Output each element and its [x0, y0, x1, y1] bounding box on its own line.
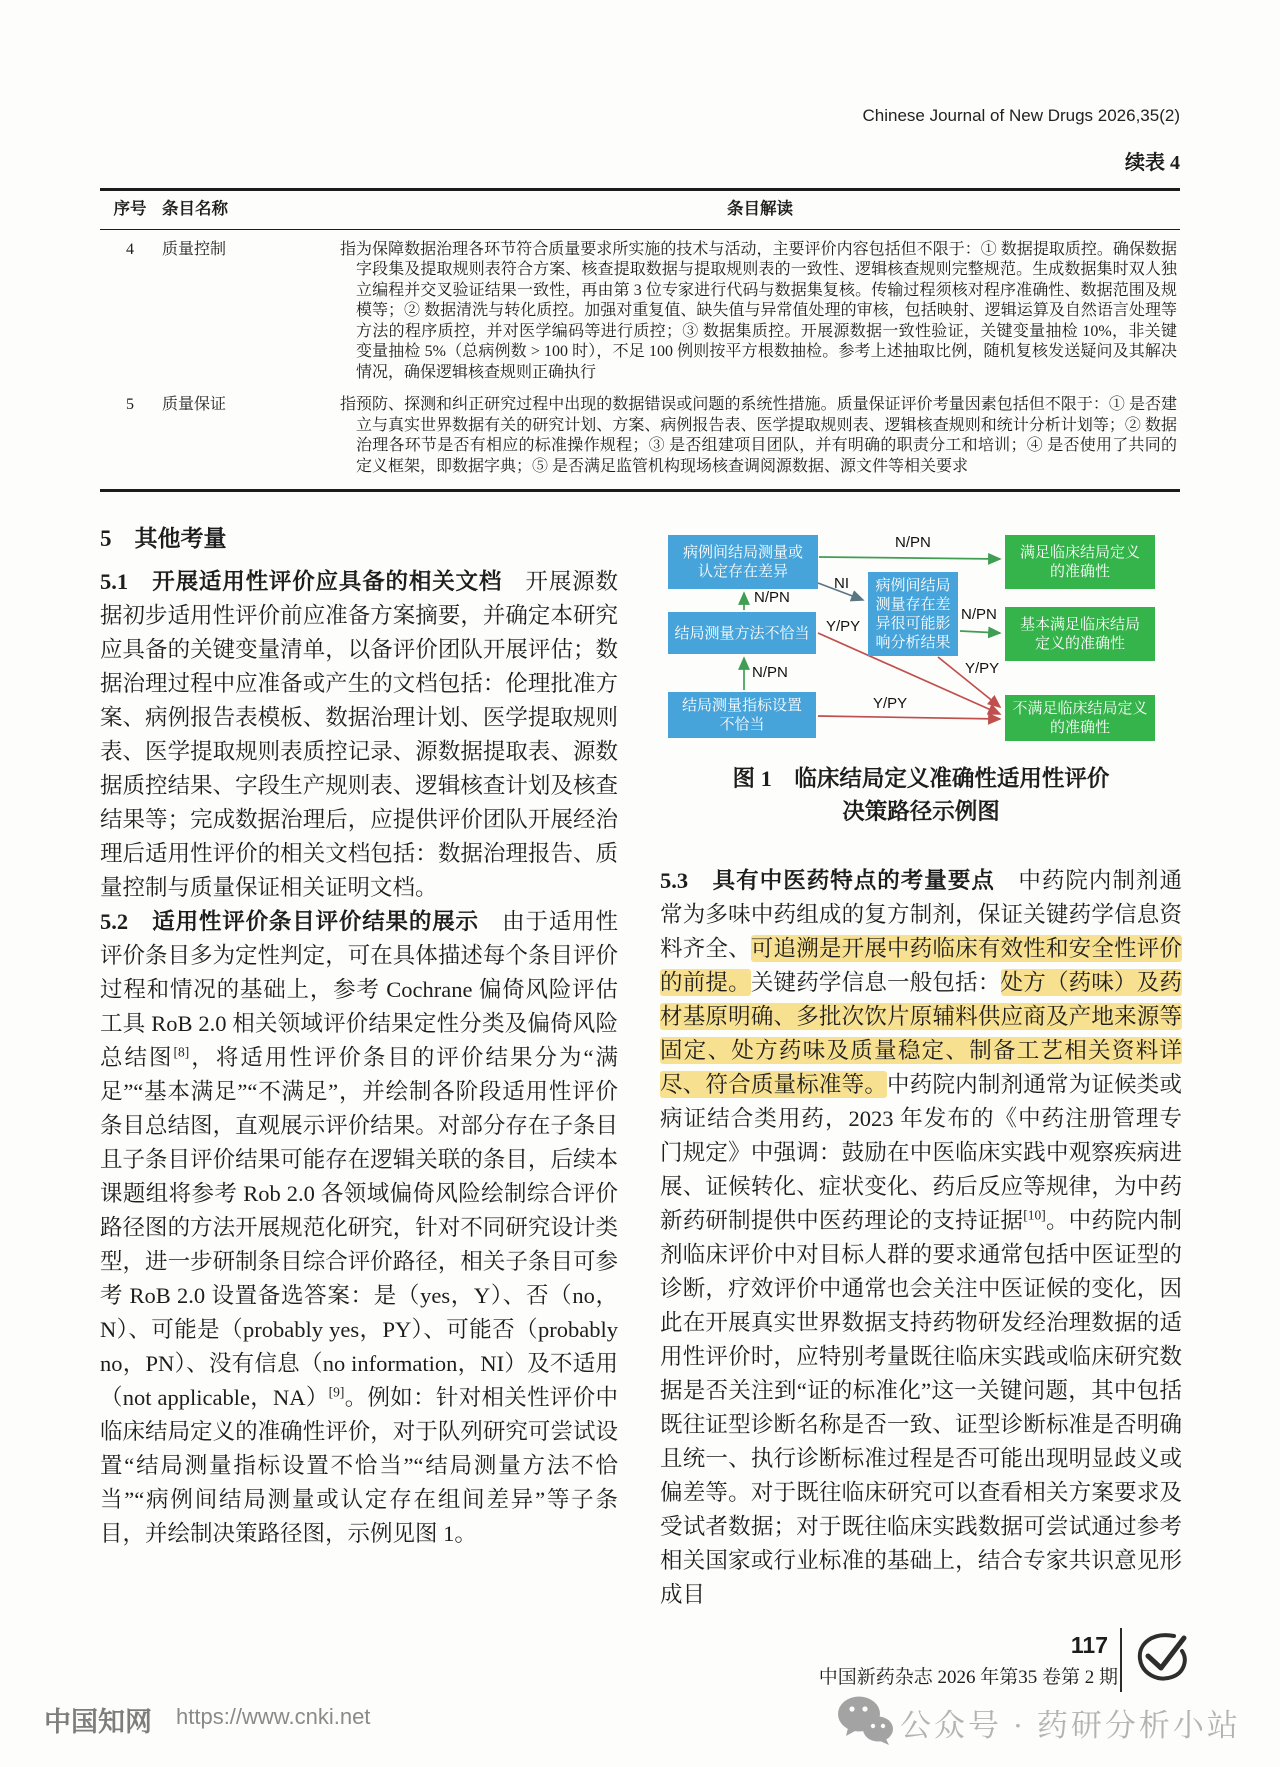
- edge-label-ypy: Y/PY: [965, 660, 999, 677]
- edge-label-npn: N/PN: [895, 534, 931, 551]
- figure-1-caption-line1: 图 1 临床结局定义准确性适用性评价: [660, 762, 1182, 795]
- table-continued-label: 续表 4: [1125, 146, 1180, 175]
- journal-footer-chinese: 中国新药杂志 2026 年第35 卷第 2 期: [819, 1662, 1118, 1689]
- col-header-no: 序号: [100, 199, 160, 220]
- flowchart-node-meets-accuracy: 满足临床结局定义 的准确性: [1005, 535, 1155, 589]
- section-5-1-paragraph: 5.1 开展适用性评价应具备的相关文档 开展源数据初步适用性评价前应准备方案摘要…: [100, 565, 618, 905]
- flowchart-node-does-not-meet-accuracy: 不满足临床结局定义 的准确性: [1005, 695, 1155, 741]
- right-text-column: 病例间结局测量或 认定存在差异 结局测量方法不恰当 结局测量指标设置 不恰当 病…: [660, 530, 1182, 1612]
- edge-label-ypy: Y/PY: [826, 618, 860, 635]
- section-5-3-paragraph: 5.3 具有中医药特点的考量要点 中药院内制剂通常为多味中药组成的复方制剂，保证…: [660, 864, 1182, 1612]
- journal-header-english: Chinese Journal of New Drugs 2026,35(2): [862, 106, 1180, 126]
- col-header-item-name: 条目名称: [160, 199, 340, 220]
- appraisal-items-table: 序号 条目名称 条目解读 4 质量控制 指为保障数据治理各环节符合质量要求所实施…: [100, 188, 1180, 492]
- table-row: 5 质量保证 指预防、探测和纠正研究过程中出现的数据错误或问题的系统性措施。质量…: [100, 395, 1180, 489]
- row-item-desc: 指为保障数据治理各环节符合质量要求所实施的技术与活动，主要评价内容包括但不限于：…: [340, 240, 1180, 384]
- cnki-watermark-url: https://www.cnki.net: [176, 1704, 370, 1730]
- edge-label-npn: N/PN: [961, 606, 997, 623]
- flowchart-node-basically-meets-accuracy: 基本满足临床结局 定义的准确性: [1005, 607, 1155, 661]
- edge-label-npn: N/PN: [752, 664, 788, 681]
- wechat-icon: [836, 1694, 894, 1751]
- section-5-heading: 5 其他考量: [100, 520, 618, 553]
- edge-label-ni: NI: [834, 575, 849, 592]
- row-item-name: 质量控制: [160, 240, 340, 384]
- edge-label-ypy: Y/PY: [873, 695, 907, 712]
- row-item-name: 质量保证: [160, 395, 340, 477]
- left-text-column: 5 其他考量 5.1 开展适用性评价应具备的相关文档 开展源数据初步适用性评价前…: [100, 520, 618, 1551]
- figure-1-caption-line2: 决策路径示例图: [660, 795, 1182, 828]
- table-row: 4 质量控制 指为保障数据治理各环节符合质量要求所实施的技术与活动，主要评价内容…: [100, 230, 1180, 396]
- wechat-account-label: 公众号 · 药研分析小站: [900, 1700, 1241, 1745]
- flowchart-node-indicator-setting-improper: 结局测量指标设置 不恰当: [668, 692, 816, 738]
- section-5-2-paragraph: 5.2 适用性评价条目评价结果的展示 由于适用性评价条目多为定性判定，可在具体描…: [100, 905, 618, 1551]
- journal-logo-icon: [1130, 1626, 1192, 1693]
- flowchart-node-difference-affects-analysis: 病例间结局 测量存在差 异很可能影 响分析结果: [868, 572, 958, 656]
- row-no: 4: [100, 240, 160, 384]
- row-item-desc: 指预防、探测和纠正研究过程中出现的数据错误或问题的系统性措施。质量保证评价考量因…: [340, 395, 1180, 477]
- flowchart-node-measure-method-improper: 结局测量方法不恰当: [668, 612, 816, 654]
- figure-1-flowchart: 病例间结局测量或 认定存在差异 结局测量方法不恰当 结局测量指标设置 不恰当 病…: [660, 530, 1182, 748]
- flowchart-node-case-outcome-difference: 病例间结局测量或 认定存在差异: [668, 535, 818, 589]
- figure-1-caption: 图 1 临床结局定义准确性适用性评价 决策路径示例图: [660, 762, 1182, 828]
- edge-label-npn: N/PN: [754, 589, 790, 606]
- cnki-watermark-label: 中国知网: [44, 1700, 152, 1739]
- row-no: 5: [100, 395, 160, 477]
- journal-page: Chinese Journal of New Drugs 2026,35(2) …: [0, 0, 1280, 1767]
- col-header-item-desc: 条目解读: [340, 199, 1180, 220]
- page-number: 117: [1071, 1632, 1108, 1659]
- table-header-row: 序号 条目名称 条目解读: [100, 191, 1180, 230]
- footer-divider: [1120, 1628, 1122, 1692]
